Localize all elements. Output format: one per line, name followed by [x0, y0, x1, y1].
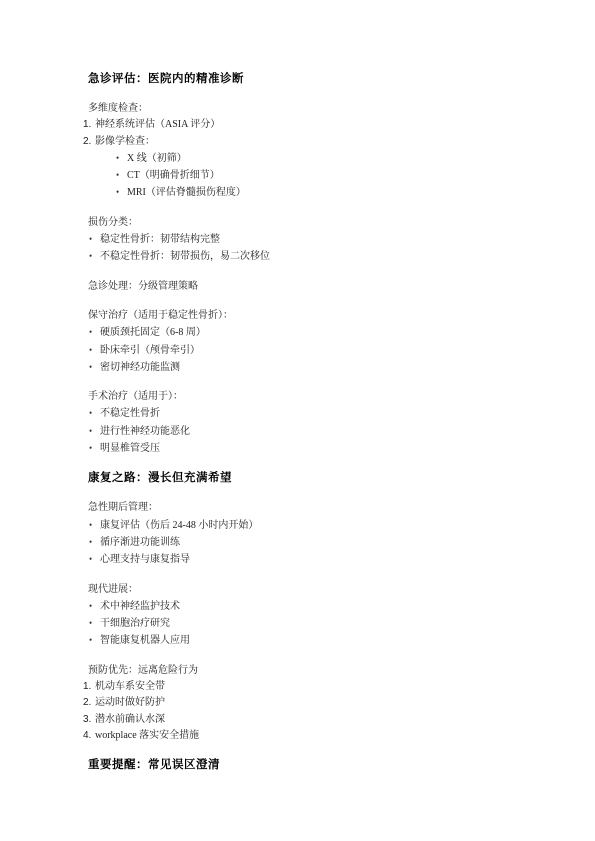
- list-item: • 智能康复机器人应用: [89, 632, 535, 649]
- section-triage: 急诊处理：分级管理策略: [88, 279, 535, 295]
- numbered-item-text: 运动时做好防护: [95, 695, 535, 711]
- bullet-icon: •: [89, 517, 100, 533]
- bullet-icon: •: [89, 423, 100, 439]
- bullet-icon: •: [89, 534, 100, 550]
- numbered-item-text: 潜水前确认水深: [95, 712, 535, 728]
- numbered-item: 1. 机动车系安全带: [83, 679, 535, 695]
- list-item-text: 干细胞治疗研究: [100, 616, 535, 632]
- list-item: • MRI（评估脊髓损伤程度）: [116, 184, 535, 201]
- list-item-text: 进行性神经功能恶化: [100, 424, 535, 440]
- para-modern-label: 现代进展：: [88, 582, 535, 598]
- bullet-icon: •: [89, 324, 100, 340]
- heading-rehabilitation: 康复之路：漫长但充满希望: [88, 470, 535, 487]
- section-multidim-exam: 多维度检查： 1. 神经系统评估（ASIA 评分） 2. 影像学检查： • X …: [88, 101, 535, 202]
- list-number: 1.: [83, 117, 95, 133]
- list-item-text: 不稳定性骨折: [100, 406, 535, 422]
- list-item: • 密切神经功能监测: [89, 359, 535, 376]
- list-item: • 心理支持与康复指导: [89, 551, 535, 568]
- para-triage: 急诊处理：分级管理策略: [88, 279, 535, 295]
- section-post-acute-management: 急性期后管理： • 康复评估（伤后 24-48 小时内开始） • 循序渐进功能训…: [88, 500, 535, 568]
- section-prevention: 预防优先：远离危险行为 1. 机动车系安全带 2. 运动时做好防护 3. 潜水前…: [88, 663, 535, 744]
- bullet-icon: •: [116, 150, 127, 166]
- numbered-item-text: 影像学检查：: [95, 134, 535, 150]
- section-injury-classification: 损伤分类： • 稳定性骨折：韧带结构完整 • 不稳定性骨折：韧带损伤，易二次移位: [88, 215, 535, 266]
- para-prevention-label: 预防优先：远离危险行为: [88, 663, 535, 679]
- numbered-item: 3. 潜水前确认水深: [83, 712, 535, 728]
- numbered-item: 2. 影像学检查：: [83, 134, 535, 150]
- section-surgical-treatment: 手术治疗（适用于）： • 不稳定性骨折 • 进行性神经功能恶化 • 明显椎管受压: [88, 389, 535, 457]
- list-item: • CT（明确骨折细节）: [116, 167, 535, 184]
- list-item-text: 硬质颈托固定（6-8 周）: [100, 325, 535, 341]
- bullet-icon: •: [89, 615, 100, 631]
- list-item: • 康复评估（伤后 24-48 小时内开始）: [89, 517, 535, 534]
- numbered-item: 2. 运动时做好防护: [83, 695, 535, 711]
- list-number: 1.: [83, 679, 95, 695]
- section-conservative-treatment: 保守治疗（适用于稳定性骨折）： • 硬质颈托固定（6-8 周） • 卧床牵引（颅…: [88, 308, 535, 376]
- list-item-text: CT（明确骨折细节）: [127, 168, 535, 184]
- list-item-text: 密切神经功能监测: [100, 360, 535, 376]
- para-conservative-label: 保守治疗（适用于稳定性骨折）：: [88, 308, 535, 324]
- list-item-text: 心理支持与康复指导: [100, 552, 535, 568]
- list-item: • 硬质颈托固定（6-8 周）: [89, 324, 535, 341]
- bullet-icon: •: [89, 231, 100, 247]
- list-number: 4.: [83, 728, 95, 744]
- list-item-text: 稳定性骨折：韧带结构完整: [100, 232, 535, 248]
- list-item: • 术中神经监护技术: [89, 598, 535, 615]
- document-page: 急诊评估：医院内的精准诊断 多维度检查： 1. 神经系统评估（ASIA 评分） …: [0, 0, 595, 841]
- list-item-text: 智能康复机器人应用: [100, 633, 535, 649]
- bullet-icon: •: [89, 598, 100, 614]
- list-item-text: 卧床牵引（颅骨牵引）: [100, 343, 535, 359]
- list-item: • 循序渐进功能训练: [89, 534, 535, 551]
- list-item: • 进行性神经功能恶化: [89, 423, 535, 440]
- list-item-text: MRI（评估脊髓损伤程度）: [127, 185, 535, 201]
- list-item: • 明显椎管受压: [89, 440, 535, 457]
- section-modern-advances: 现代进展： • 术中神经监护技术 • 干细胞治疗研究 • 智能康复机器人应用: [88, 582, 535, 650]
- list-number: 2.: [83, 134, 95, 150]
- heading-emergency-assessment: 急诊评估：医院内的精准诊断: [88, 71, 535, 88]
- list-item: • 不稳定性骨折：韧带损伤，易二次移位: [89, 248, 535, 265]
- para-surgery-label: 手术治疗（适用于）：: [88, 389, 535, 405]
- list-item: • 卧床牵引（颅骨牵引）: [89, 342, 535, 359]
- list-item-text: 康复评估（伤后 24-48 小时内开始）: [100, 518, 535, 534]
- numbered-item: 4. workplace 落实安全措施: [83, 728, 535, 744]
- list-item-text: 不稳定性骨折：韧带损伤，易二次移位: [100, 249, 535, 265]
- list-item-text: 循序渐进功能训练: [100, 535, 535, 551]
- bullet-icon: •: [89, 632, 100, 648]
- numbered-item-text: 神经系统评估（ASIA 评分）: [95, 117, 535, 133]
- numbered-item-text: workplace 落实安全措施: [95, 728, 535, 744]
- bullet-icon: •: [89, 551, 100, 567]
- list-item-text: 明显椎管受压: [100, 441, 535, 457]
- list-item: • 稳定性骨折：韧带结构完整: [89, 231, 535, 248]
- para-classification-label: 损伤分类：: [88, 215, 535, 231]
- bullet-icon: •: [116, 184, 127, 200]
- numbered-item-text: 机动车系安全带: [95, 679, 535, 695]
- heading-important-reminder: 重要提醒：常见误区澄清: [88, 757, 535, 774]
- bullet-icon: •: [116, 167, 127, 183]
- list-item-text: 术中神经监护技术: [100, 599, 535, 615]
- list-number: 2.: [83, 695, 95, 711]
- list-item: • 干细胞治疗研究: [89, 615, 535, 632]
- list-number: 3.: [83, 712, 95, 728]
- para-acute-label: 急性期后管理：: [88, 500, 535, 516]
- bullet-icon: •: [89, 359, 100, 375]
- para-multidim-label: 多维度检查：: [88, 101, 535, 117]
- bullet-icon: •: [89, 405, 100, 421]
- bullet-icon: •: [89, 248, 100, 264]
- bullet-icon: •: [89, 440, 100, 456]
- bullet-icon: •: [89, 342, 100, 358]
- numbered-item: 1. 神经系统评估（ASIA 评分）: [83, 117, 535, 133]
- list-item: • X 线（初筛）: [116, 150, 535, 167]
- list-item: • 不稳定性骨折: [89, 405, 535, 422]
- list-item-text: X 线（初筛）: [127, 151, 535, 167]
